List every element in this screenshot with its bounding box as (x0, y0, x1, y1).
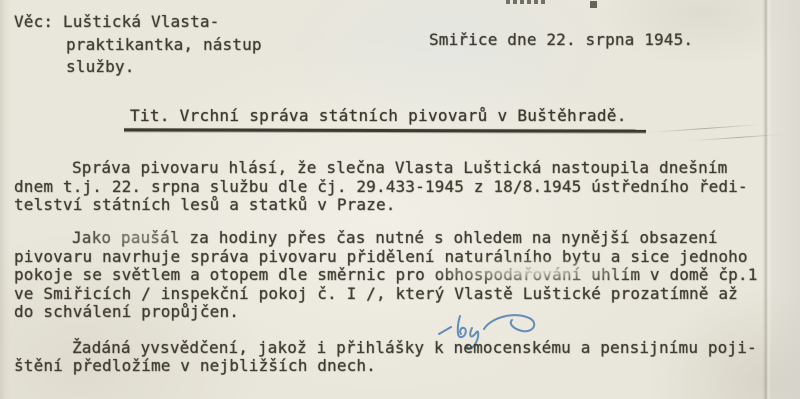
body-line: Správa pivovaru hlásí, že slečna Vlasta … (72, 159, 727, 177)
body-line: ve Smiřicích / inspekční pokoj č. I /, k… (14, 285, 738, 303)
paper-scratch (650, 124, 760, 133)
dateline: Smiřice dne 22. srpna 1945. (429, 31, 693, 49)
paper-fold-crease (763, 0, 771, 399)
addressee-title: Tit. Vrchní správa státních pivovarů v B… (130, 107, 627, 125)
body-line: Jako paušál za hodiny přes čas nutné s o… (72, 229, 718, 247)
scanned-letter-page: Věc: Luštická Vlasta- praktikantka, nást… (0, 0, 800, 399)
body-line: Žadáná yvsvědčení, jakož i přihlášky k n… (72, 339, 757, 357)
body-line: štění předložíme v nejbližších dnech. (14, 357, 376, 375)
title-underline (124, 128, 646, 132)
cut-off-text-fragment (506, 0, 548, 4)
body-line: telství státních lesů a statků v Praze. (14, 196, 396, 214)
body-line: pivovaru navrhuje správa pivovaru přiděl… (14, 248, 748, 266)
subject-line-2: praktikantka, nástup (66, 36, 262, 54)
paper-right-edge (771, 0, 800, 399)
body-line: do schválení propůjčen. (14, 303, 239, 321)
subject-line-1: Věc: Luštická Vlasta- (14, 13, 219, 31)
body-line: pokoje se světlem a otopem dle směrnic p… (14, 266, 758, 284)
cut-off-text-fragment (590, 1, 597, 8)
subject-line-3: služby. (66, 58, 134, 76)
body-line: dnem t.j. 22. srpna službu dle čj. 29.43… (14, 178, 748, 196)
